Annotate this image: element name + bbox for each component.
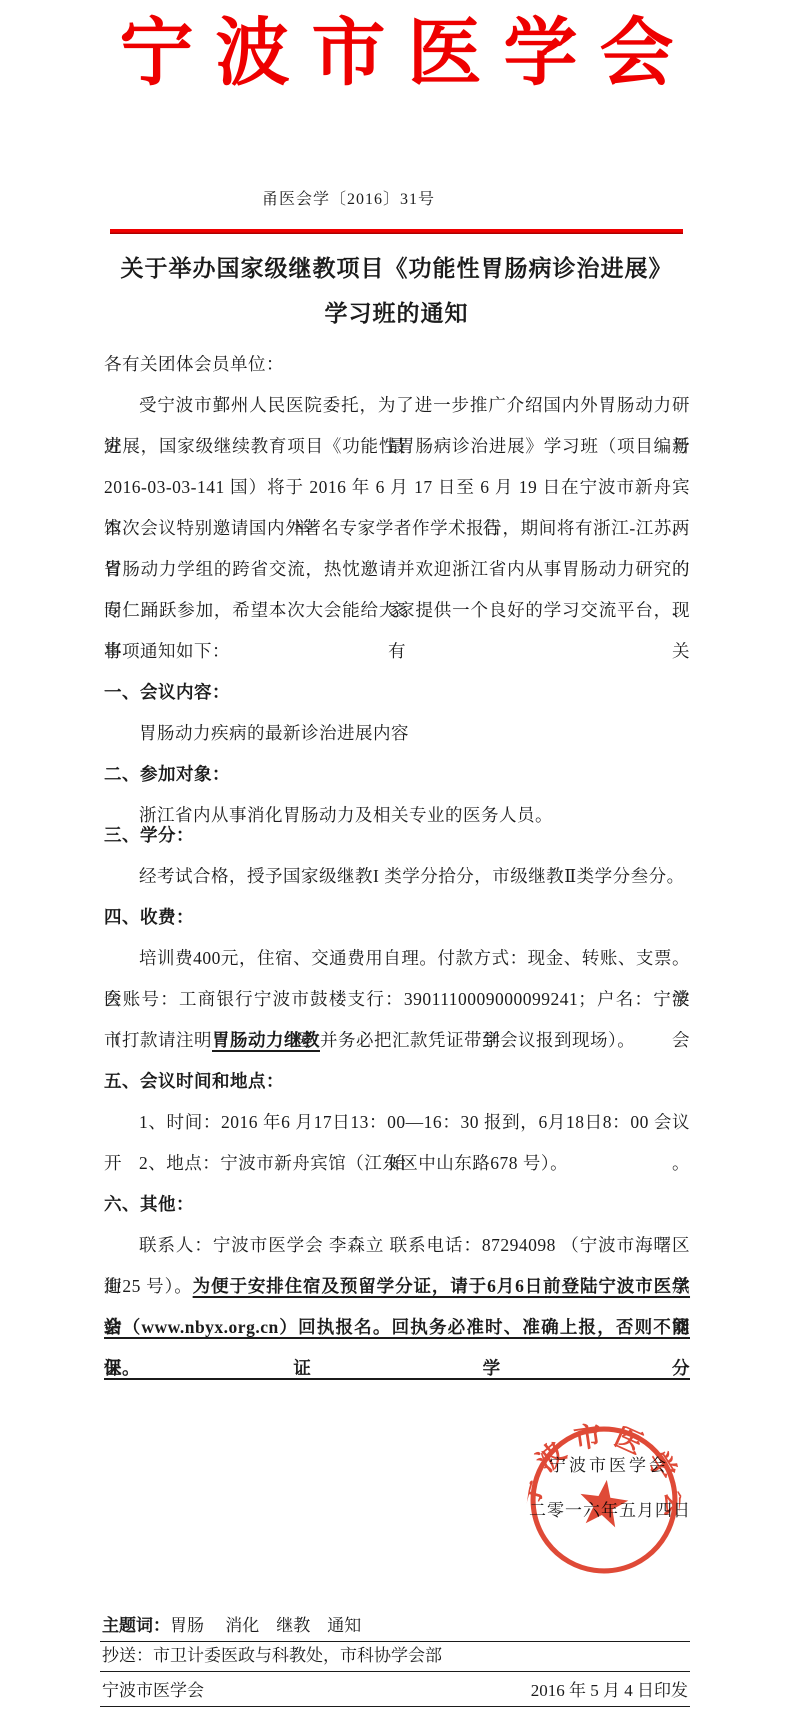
text-segment: 胃肠动力疾病的最新诊治进展内容 [139, 723, 409, 743]
section-heading: 一、会议内容： [104, 672, 690, 713]
text-segment: 二、参加对象： [104, 764, 230, 784]
body-line: 经考试合格，授予国家级继教I 类学分拾分，市级继教Ⅱ类学分叁分。 [104, 856, 690, 897]
text-segment: 经考试合格，授予国家级继教I 类学分拾分，市级继教Ⅱ类学分叁分。 [139, 866, 685, 886]
body-line: 受宁波市鄞州人民医院委托，为了进一步推广介绍国内外胃肠动力研究最新 [104, 385, 690, 426]
cc-label: 抄送： [102, 1646, 153, 1665]
text-segment: 事项通知如下： [104, 641, 230, 661]
subject-label: 主题词： [102, 1616, 170, 1635]
body-line: 本次会议特别邀请国内外著名专家学者作学术报告，期间将有浙江-江苏两省的 [104, 508, 690, 549]
subject-terms: 胃肠 消化 继教 通知 [170, 1616, 361, 1635]
section-heading: 二、参加对象： [104, 754, 690, 795]
document-body: 各有关团体会员单位：受宁波市鄞州人民医院委托，为了进一步推广介绍国内外胃肠动力研… [104, 344, 690, 1389]
body-line: 进展，国家级继续教育项目《功能性胃肠病诊治进展》学习班（项目编号 [104, 426, 690, 467]
section-heading: 四、收费： [104, 897, 690, 938]
document-title: 关于举办国家级继教项目《功能性胃肠病诊治进展》 学习班的通知 [0, 246, 793, 336]
text-segment: 证。 [104, 1358, 140, 1378]
text-segment: 六、其他： [104, 1194, 194, 1214]
signature-date: 二零一六年五月四日 [529, 1496, 691, 1521]
document-title-line1: 关于举办国家级继教项目《功能性胃肠病诊治进展》 [0, 246, 793, 291]
print-date: 2016 年 5 月 4 日印发 [531, 1680, 688, 1702]
section-heading: 五、会议时间和地点： [104, 1061, 690, 1102]
body-line: 胃肠动力学组的跨省交流，热忱邀请并欢迎浙江省内从事胃肠动力研究的专家、 [104, 549, 690, 590]
text-segment: 街25 号）。 [104, 1276, 193, 1296]
body-line: 培训费400元，住宿、交通费用自理。付款方式：现金、转账、支票。医学 [104, 938, 690, 979]
text-segment: 一、会议内容： [104, 682, 230, 702]
cc-row: 抄送：市卫计委医政与科教处，市科协学会部 [100, 1642, 690, 1672]
body-line: 街25 号）。为便于安排住宿及预留学分证，请于6月6日前登陆宁波市医学会网 [104, 1266, 690, 1307]
subject-row: 主题词：胃肠 消化 继教 通知 [100, 1612, 690, 1642]
text-segment: 三、学分： [104, 825, 194, 845]
text-segment: 胃肠动力继教 [212, 1030, 320, 1050]
red-divider-rule [110, 229, 683, 234]
body-line: 同仁踊跃参加，希望本次大会能给大家提供一个良好的学习交流平台，现将有关 [104, 590, 690, 631]
text-segment: （打款请注明 [104, 1030, 212, 1050]
doc-number: 甬医会学〔2016〕31号 [0, 186, 697, 209]
text-segment: 浙江省内从事消化胃肠动力及相关专业的医务人员。 [139, 805, 553, 825]
text-segment: 并务必把汇款凭证带到会议报到现场）。 [320, 1030, 635, 1050]
text-segment: 进展，国家级继续教育项目《功能性胃肠病诊治进展》学习班（项目编号 [104, 436, 690, 456]
text-segment: 各有关团体会员单位： [104, 354, 284, 374]
text-segment: 2、地点：宁波市新舟宾馆（江东区中山东路678 号）。 [139, 1153, 568, 1173]
signature-org: 宁波市医学会 [549, 1451, 669, 1476]
text-segment: 站（www.nbyx.org.cn）回执报名。回执务必准时、准确上报，否则不能保… [104, 1317, 690, 1378]
body-line: 1、时间：2016 年6 月17日13：00—16：30 报到，6月18日8：0… [104, 1102, 690, 1143]
document-page: 宁波市医学会 甬医会学〔2016〕31号 关于举办国家级继教项目《功能性胃肠病诊… [0, 0, 793, 1712]
body-line: 联系人：宁波市医学会 李森立 联系电话：87294098 （宁波市海曙区迎凤 [104, 1225, 690, 1266]
cc-text: 市卫计委医政与科教处，市科协学会部 [153, 1646, 442, 1665]
text-segment: 五、会议时间和地点： [104, 1071, 284, 1091]
text-segment: 四、收费： [104, 907, 194, 927]
body-line: 胃肠动力疾病的最新诊治进展内容 [104, 713, 690, 754]
document-footer: 主题词：胃肠 消化 继教 通知 抄送：市卫计委医政与科教处，市科协学会部 宁波市… [100, 1612, 690, 1707]
body-line: （打款请注明胃肠动力继教并务必把汇款凭证带到会议报到现场）。 [104, 1020, 690, 1061]
body-line: 会账号：工商银行宁波市鼓楼支行：3901110009000099241；户名：宁… [104, 979, 690, 1020]
body-line: 各有关团体会员单位： [104, 344, 690, 385]
document-title-line2: 学习班的通知 [0, 291, 793, 336]
issuer-row: 宁波市医学会 2016 年 5 月 4 日印发 [100, 1672, 690, 1707]
issuer-name: 宁波市医学会 [102, 1680, 204, 1702]
body-line: 2016-03-03-141 国）将于 2016 年 6 月 17 日至 6 月… [104, 467, 690, 508]
body-line: 站（www.nbyx.org.cn）回执报名。回执务必准时、准确上报，否则不能保… [104, 1307, 690, 1348]
section-heading: 六、其他： [104, 1184, 690, 1225]
org-name-header: 宁波市医学会 [0, 4, 793, 104]
